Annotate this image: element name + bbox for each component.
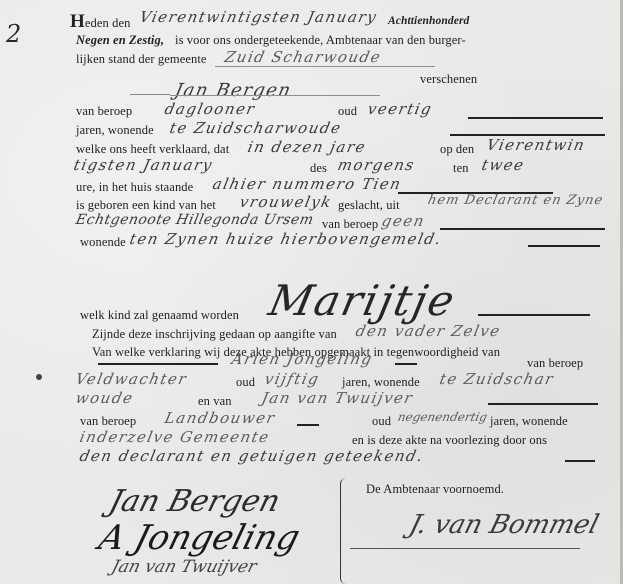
hand-witness-2-age: negenendertig [397,410,489,424]
hand-house: alhier nummero Tien [211,175,403,193]
hand-age: veertig [366,100,434,118]
print-jaren-wonende: jaren, wonende [76,123,154,138]
print-wonende-w2: jaren, wonende [490,414,568,429]
hand-municipality: Zuid Scharwoude [223,48,383,66]
print-year-a: Achttienhonderd [388,15,469,27]
print-oud: oud [338,104,357,119]
print-gemeente: lijken stand der gemeente [76,52,207,67]
print-wonende: wonende [80,235,126,250]
print-oud-w1: oud [236,375,255,390]
signature-official: J. van Bommel [406,510,602,540]
print-geslacht: geslacht, uit [338,198,400,213]
hand-witness-2: Jan van Twuijver [260,389,415,407]
fill-dash [565,460,595,462]
fill-dash [528,245,600,247]
print-heden-rest: eden den [85,16,131,30]
hand-witness-1-residence-b: woude [74,389,135,407]
hand-witness-1-occupation: Veldwachter [74,370,189,388]
hand-sex: vrouwelyk [238,193,334,211]
print-oud-w2: oud [372,414,391,429]
hand-witness-1: Arien Jongeling [230,350,374,368]
signature-declarant: Jan Bergen [105,484,284,519]
fill-dash [130,94,170,95]
hand-morning: morgens [336,156,417,174]
print-heden-den: Heden den [70,12,130,31]
signature-witness-2: Jan van Twuijver [109,557,258,577]
fill-dash [395,363,417,365]
birth-record-page: 2 Heden den Vierentwintigsten January Ac… [0,0,623,584]
hand-hour: twee [480,156,526,174]
print-ten: ten [453,161,469,176]
hand-signing-clause: den declarant en getuigen geteekend. [78,447,425,465]
hand-witness-2-occupation: Landbouwer [163,409,277,427]
print-geboren: is geboren een kind van het [76,198,216,213]
print-op-den: op den [440,142,474,157]
hand-birth-day-b: tigsten January [72,156,215,174]
print-van-beroep: van beroep [76,104,132,119]
hand-witness-1-age: vijftig [263,370,321,388]
hand-witness-1-residence: te Zuidschar [438,370,556,388]
hand-date-day: Vierentwintigsten January [138,8,379,26]
print-beroep-w1: van beroep [527,356,583,371]
print-des: des [310,161,327,176]
print-verklaard: welke ons heeft verklaard, dat [76,142,229,157]
hand-occupation: daglooner [163,100,257,118]
hand-informant: den vader Zelve [354,322,503,340]
fill-line [170,95,380,96]
hand-mother-residence: ten Zynen huize hierbovengemeld. [128,230,444,248]
print-inschrijving: Zijnde deze inschrijving gedaan op aangi… [92,327,337,342]
hand-year-phrase: in dezen jare [246,138,368,156]
hand-child-name: Marijtje [265,276,461,325]
hand-parent-a: hem Declarant en Zyne [426,193,604,208]
print-line-2: is voor ons ondergeteekende, Ambtenaar v… [175,33,466,48]
fill-dash [98,363,218,365]
hand-mother-occupation: geen [380,212,427,230]
fill-dash [468,117,603,119]
hand-mother: Echtgenoote Hillegonda Ursem [74,212,315,228]
record-number: 2 [6,20,21,48]
signature-flourish [350,548,580,549]
binding-hole [36,374,42,380]
fill-dash [440,228,605,230]
fill-dash [297,424,319,426]
hand-witness-2-residence: inderzelve Gemeente [78,428,272,446]
print-year-b: Negen en Zestig, [76,33,164,48]
official-label: De Ambtenaar voornoemd. [366,482,504,497]
print-en-van: en van [198,394,232,409]
print-voorlezing: en is deze akte na voorlezing door ons [352,433,547,448]
print-beroep-w2: van beroep [80,414,136,429]
print-ure-huis: ure, in het huis staande [76,180,193,195]
hand-declarant-name: Jan Bergen [173,80,294,101]
signature-brace [340,478,351,584]
print-verschenen: verschenen [420,72,477,87]
print-wonende-w1: jaren, wonende [342,375,420,390]
print-genaamd: welk kind zal genaamd worden [80,308,239,323]
fill-dash [488,403,598,405]
fill-line [215,66,435,67]
hand-residence: te Zuidscharwoude [168,119,343,137]
fill-dash [478,314,590,316]
hand-birth-day-a: Vierentwin [485,136,587,154]
signature-witness-1: A Jongeling [95,518,304,558]
